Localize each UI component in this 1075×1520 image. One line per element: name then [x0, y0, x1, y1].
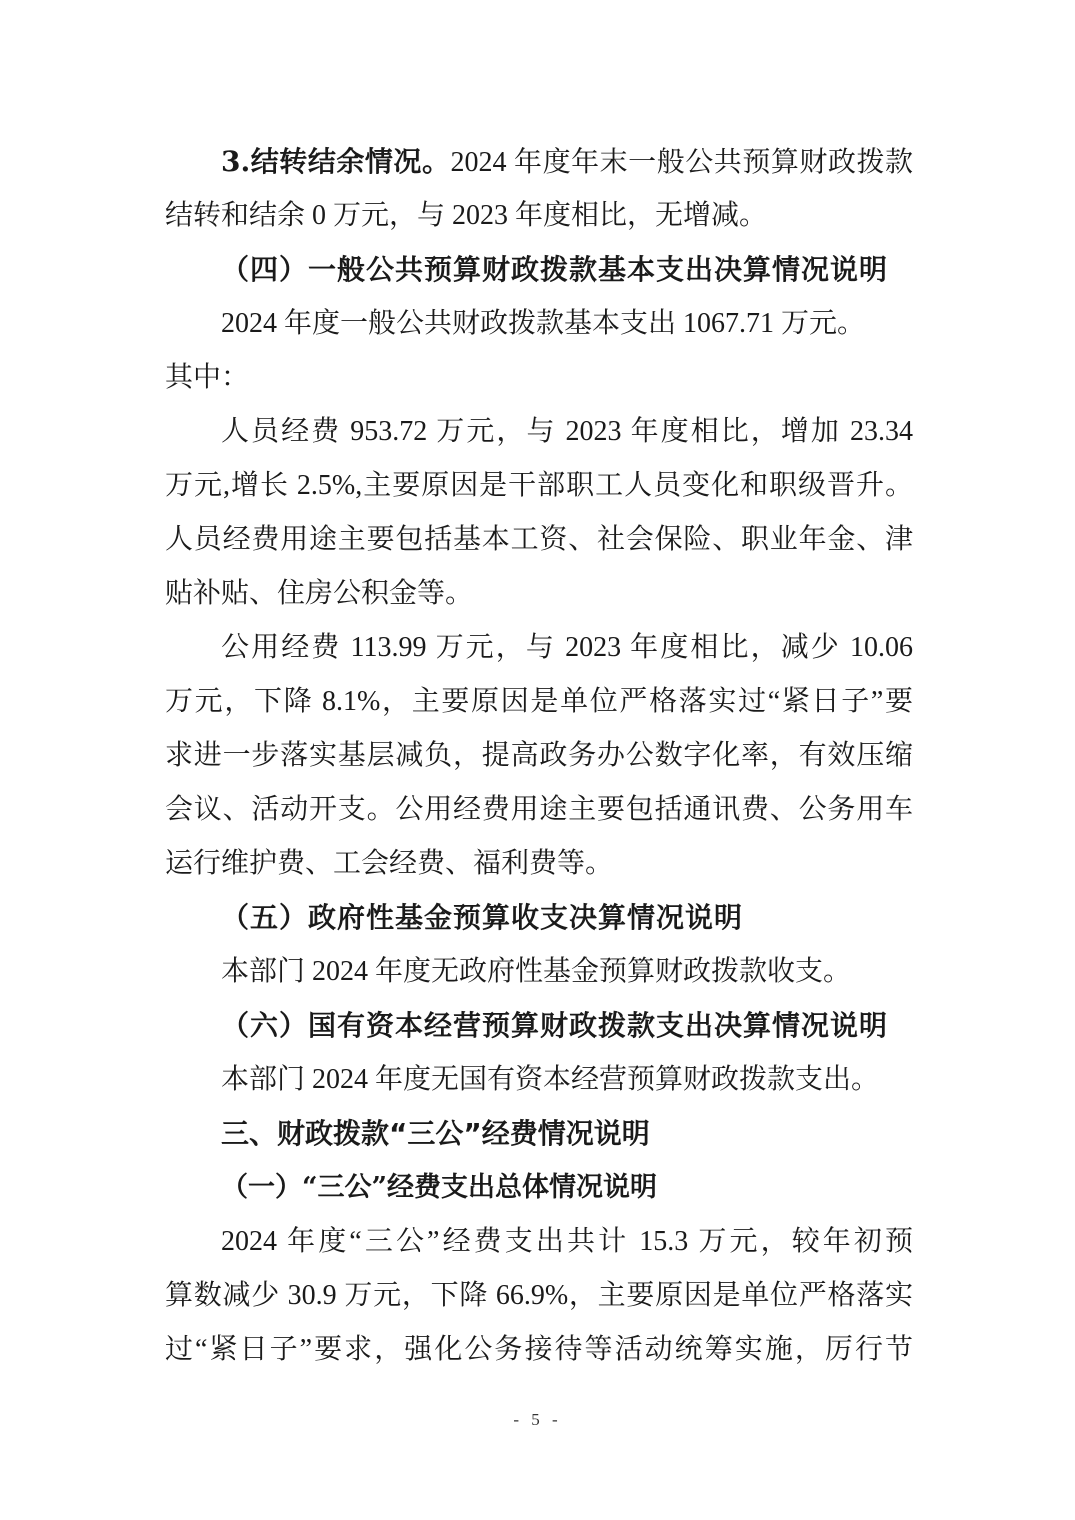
personnel-expense-line-4: 贴补贴、住房公积金等。 — [165, 576, 913, 612]
personnel-expense-line-1: 人员经费 953.72 万元，与 2023 年度相比，增加 23.34 — [221, 414, 913, 450]
section-5-body: 本部门 2024 年度无政府性基金预算财政拨款收支。 — [221, 954, 913, 990]
document-page: 3.结转结余情况。2024 年度年末一般公共预算财政拨款 结转和结余 0 万元，… — [0, 0, 1075, 1520]
personnel-expense-line-3: 人员经费用途主要包括基本工资、社会保险、职业年金、津 — [165, 522, 913, 558]
three-public-line-3: 过“紧日子”要求，强化公务接待等活动统筹实施，厉行节 — [165, 1332, 913, 1368]
part-3-sub-1-heading: （一）“三公”经费支出总体情况说明 — [221, 1170, 969, 1206]
paragraph-carryover-line-1: 3.结转结余情况。2024 年度年末一般公共预算财政拨款 — [221, 144, 913, 180]
three-public-line-2: 算数减少 30.9 万元，下降 66.9%，主要原因是单位严格落实 — [165, 1278, 913, 1314]
three-public-line-1: 2024 年度“三公”经费支出共计 15.3 万元，较年初预 — [221, 1224, 913, 1260]
public-expense-line-2: 万元，下降 8.1%，主要原因是单位严格落实过“紧日子”要 — [165, 684, 913, 720]
section-6-heading: （六）国有资本经营预算财政拨款支出决算情况说明 — [221, 1008, 969, 1044]
personnel-expense-line-2: 万元,增长 2.5%,主要原因是干部职工人员变化和职级晋升。 — [165, 468, 913, 504]
page-number: - 5 - — [0, 1410, 1075, 1430]
public-expense-line-4: 会议、活动开支。公用经费用途主要包括通讯费、公务用车 — [165, 792, 913, 828]
paragraph-carryover-line-2: 结转和结余 0 万元，与 2023 年度相比，无增减。 — [165, 198, 913, 234]
public-expense-line-5: 运行维护费、工会经费、福利费等。 — [165, 846, 913, 882]
part-3-heading: 三、财政拨款“三公”经费情况说明 — [221, 1116, 969, 1152]
carryover-lead: 3.结转结余情况。 — [221, 145, 451, 178]
basic-expenditure-line-1: 2024 年度一般公共财政拨款基本支出 1067.71 万元。 — [221, 306, 913, 342]
section-6-body: 本部门 2024 年度无国有资本经营预算财政拨款支出。 — [221, 1062, 913, 1098]
public-expense-line-1: 公用经费 113.99 万元，与 2023 年度相比，减少 10.06 — [221, 630, 913, 666]
section-4-heading: （四）一般公共预算财政拨款基本支出决算情况说明 — [221, 252, 969, 288]
section-5-heading: （五）政府性基金预算收支决算情况说明 — [221, 900, 969, 936]
public-expense-line-3: 求进一步落实基层减负，提高政务办公数字化率，有效压缩 — [165, 738, 913, 774]
carryover-text: 2024 年度年末一般公共预算财政拨款 — [451, 147, 913, 178]
basic-expenditure-line-2: 其中： — [165, 360, 913, 396]
